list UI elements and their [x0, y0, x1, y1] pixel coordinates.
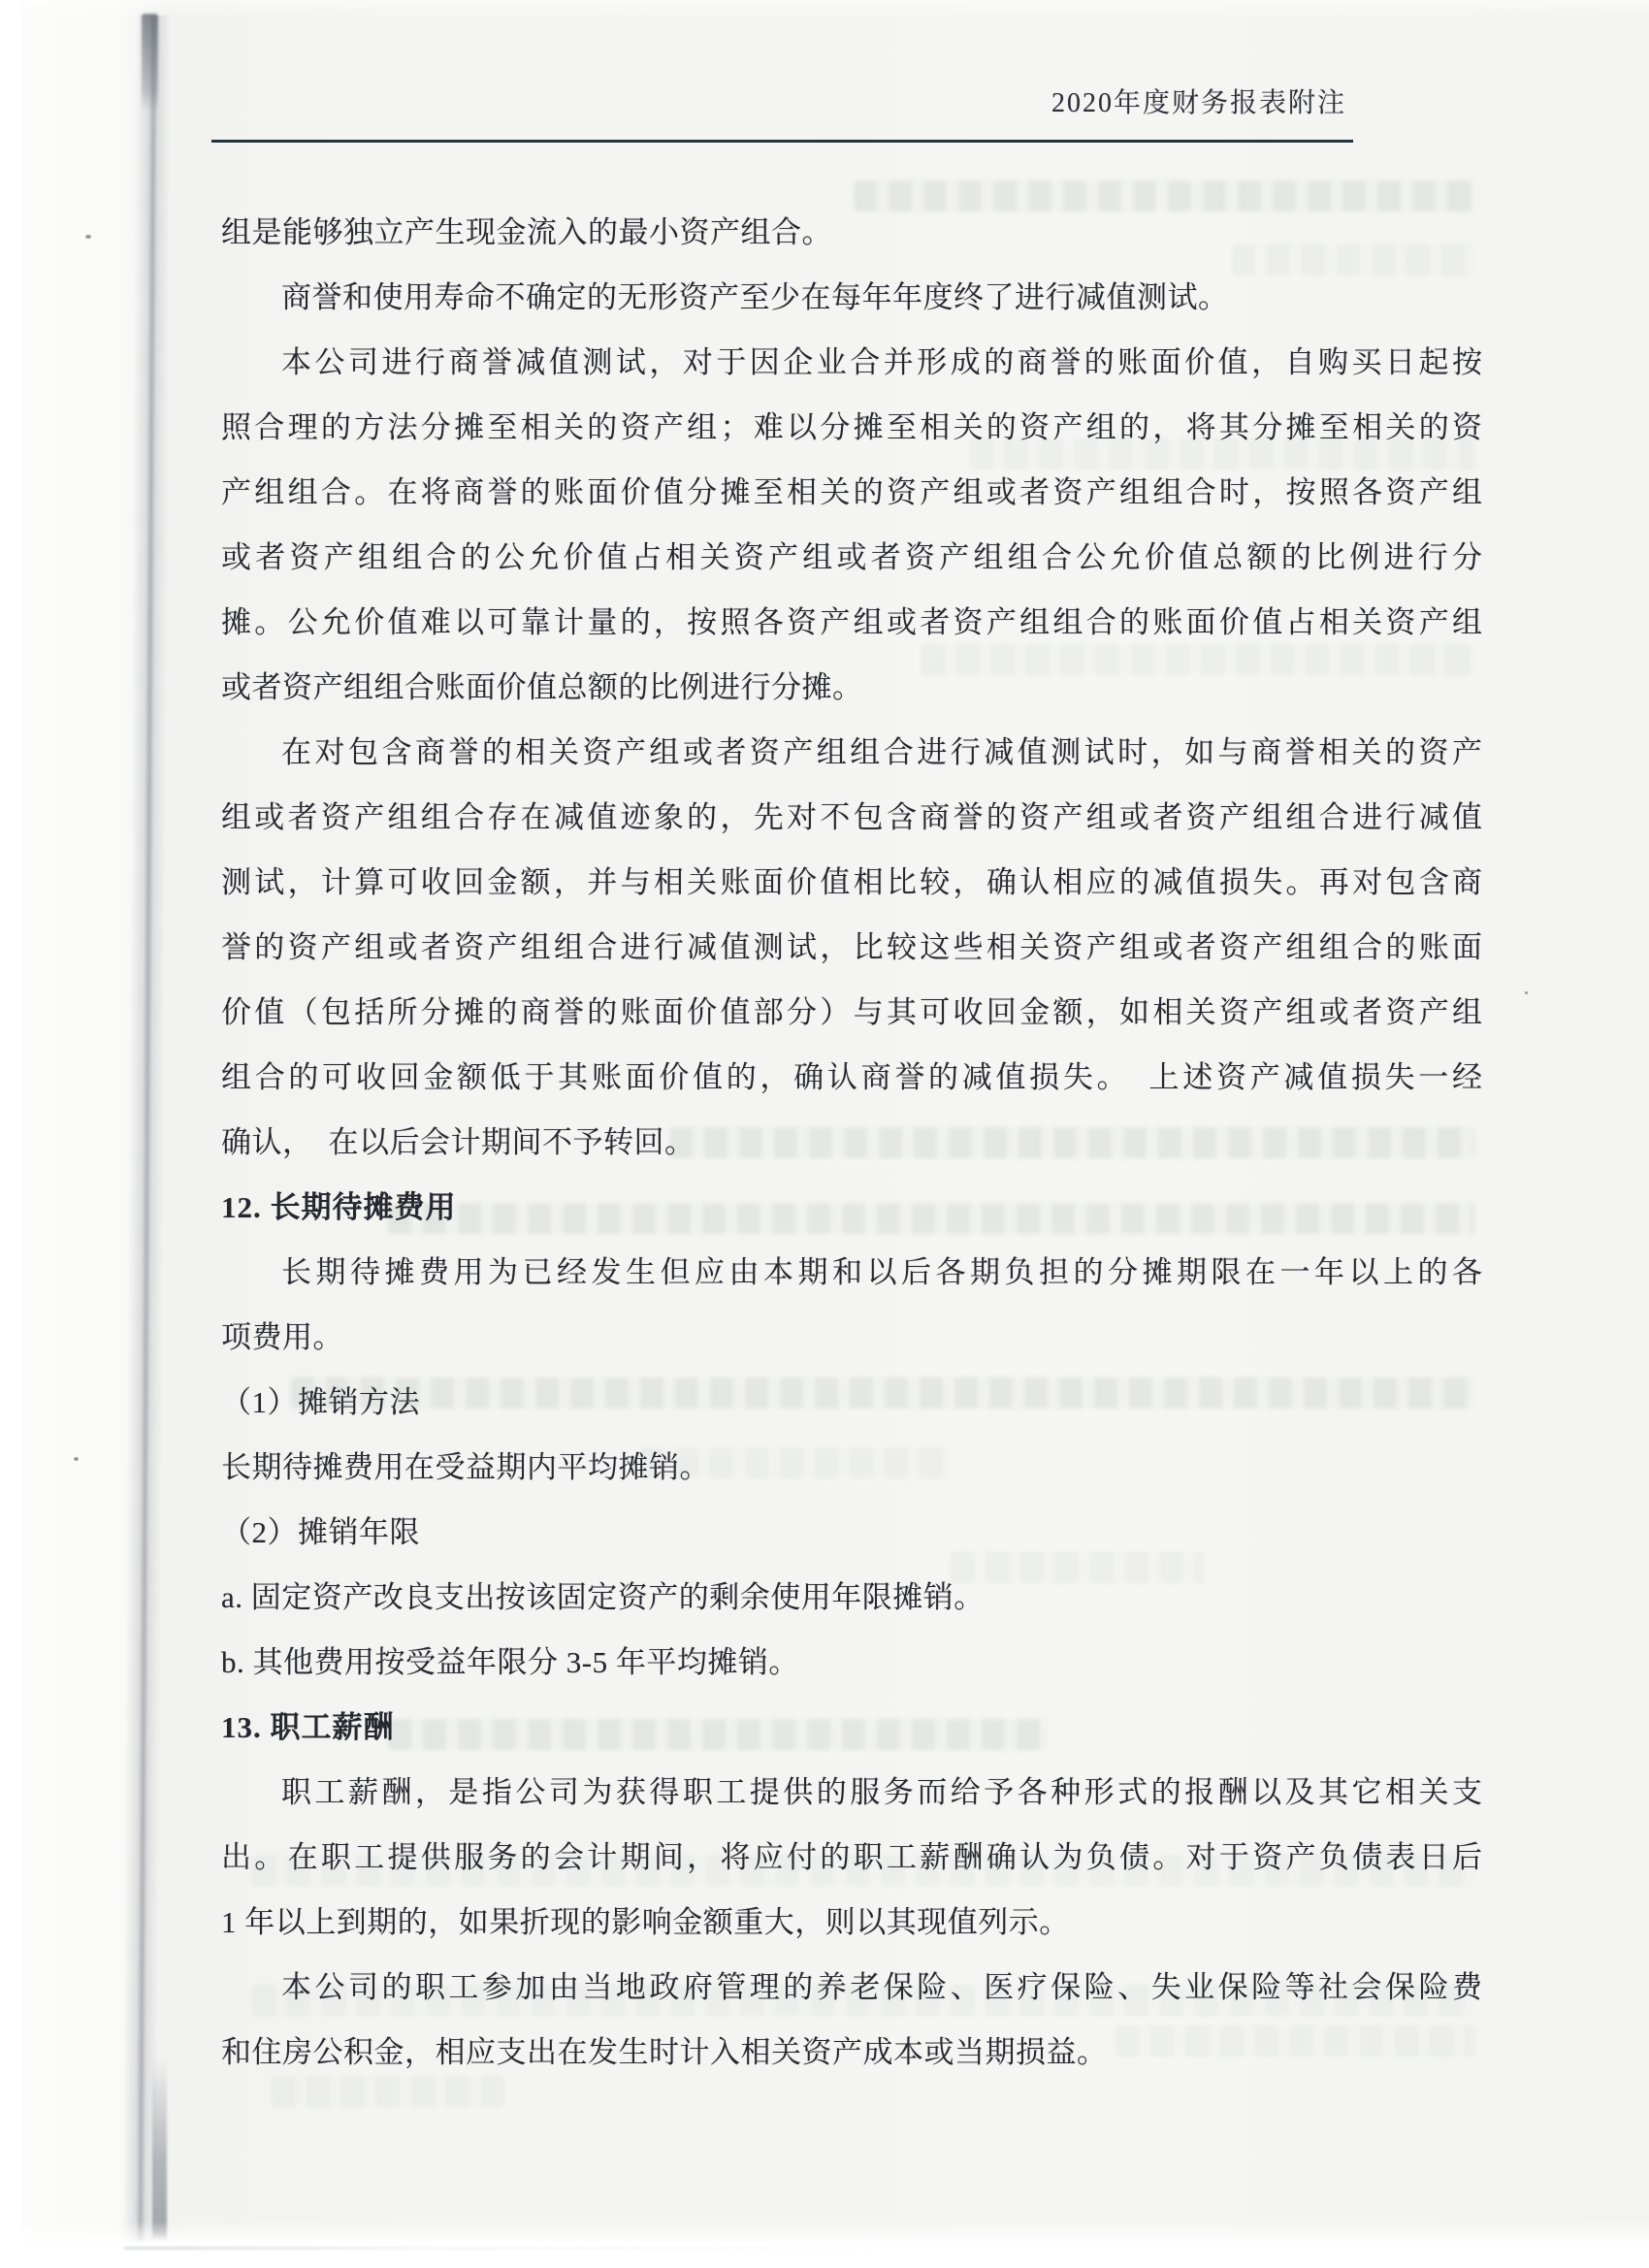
text-line: （2）摊销年限 — [221, 1511, 1482, 1556]
text-line: a. 固定资产改良支出按该固定资产的剩余使用年限摊销。 — [221, 1576, 1482, 1621]
text-line: 摊。公允价值难以可靠计量的，按照各资产组或者资产组组合的账面价值占相关资产组 — [221, 601, 1482, 646]
text-line: 价值（包括所分摊的商誉的账面价值部分）与其可收回金额，如相关资产组或者资产组 — [221, 991, 1482, 1036]
text-line: 本公司的职工参加由当地政府管理的养老保险、医疗保险、失业保险等社会保险费 — [221, 1966, 1482, 2011]
text-line: 誉的资产组或者资产组组合进行减值测试，比较这些相关资产组或者资产组组合的账面 — [221, 926, 1482, 971]
text-line: 职工薪酬，是指公司为获得职工提供的服务而给予各种形式的报酬以及其它相关支 — [221, 1771, 1482, 1816]
body-lines: 组是能够独立产生现金流入的最小资产组合。商誉和使用寿命不确定的无形资产至少在每年… — [0, 0, 1649, 2268]
text-line: 长期待摊费用为已经发生但应由本期和以后各期负担的分摊期限在一年以上的各 — [221, 1251, 1482, 1296]
scan-bottom-smudge — [124, 2247, 881, 2250]
section-heading: 12. 长期待摊费用 — [221, 1186, 1482, 1231]
text-line: 商誉和使用寿命不确定的无形资产至少在每年年度终了进行减值测试。 — [221, 276, 1482, 321]
text-line: 组或者资产组组合存在减值迹象的，先对不包含商誉的资产组或者资产组组合进行减值 — [221, 796, 1482, 841]
section-heading: 13. 职工薪酬 — [221, 1706, 1482, 1751]
text-line: 组是能够独立产生现金流入的最小资产组合。 — [221, 211, 1482, 256]
scanned-document-page: 2020年度财务报表附注 组是能够独立产生现金流入的最小资产组合。商誉和使用寿命… — [0, 0, 1649, 2268]
text-line: 照合理的方法分摊至相关的资产组；难以分摊至相关的资产组的，将其分摊至相关的资 — [221, 406, 1482, 451]
scan-bottom-fade — [0, 2221, 1649, 2245]
text-line: 或者资产组组合账面价值总额的比例进行分摊。 — [221, 666, 1482, 711]
text-line: 测试，计算可收回金额，并与相关账面价值相比较，确认相应的减值损失。再对包含商 — [221, 861, 1482, 906]
text-line: 项费用。 — [221, 1316, 1482, 1361]
text-line: 长期待摊费用在受益期内平均摊销。 — [221, 1446, 1482, 1491]
text-line: 本公司进行商誉减值测试，对于因企业合并形成的商誉的账面价值，自购买日起按 — [221, 341, 1482, 386]
text-line: 在对包含商誉的相关资产组或者资产组组合进行减值测试时，如与商誉相关的资产 — [221, 731, 1482, 776]
text-line: （1）摊销方法 — [221, 1381, 1482, 1426]
text-line: 1 年以上到期的，如果折现的影响金额重大，则以其现值列示。 — [221, 1901, 1482, 1946]
text-line: 确认， 在以后会计期间不予转回。 — [221, 1121, 1482, 1166]
text-line: 组合的可收回金额低于其账面价值的，确认商誉的减值损失。 上述资产减值损失一经 — [221, 1056, 1482, 1101]
text-line: 或者资产组组合的公允价值占相关资产组或者资产组组合公允价值总额的比例进行分 — [221, 536, 1482, 581]
text-line: 和住房公积金，相应支出在发生时计入相关资产成本或当期损益。 — [221, 2031, 1482, 2076]
text-line: 出。在职工提供服务的会计期间，将应付的职工薪酬确认为负债。对于资产负债表日后 — [221, 1836, 1482, 1881]
text-line: b. 其他费用按受益年限分 3-5 年平均摊销。 — [221, 1641, 1482, 1686]
text-line: 产组组合。在将商誉的账面价值分摊至相关的资产组或者资产组组合时，按照各资产组 — [221, 471, 1482, 516]
